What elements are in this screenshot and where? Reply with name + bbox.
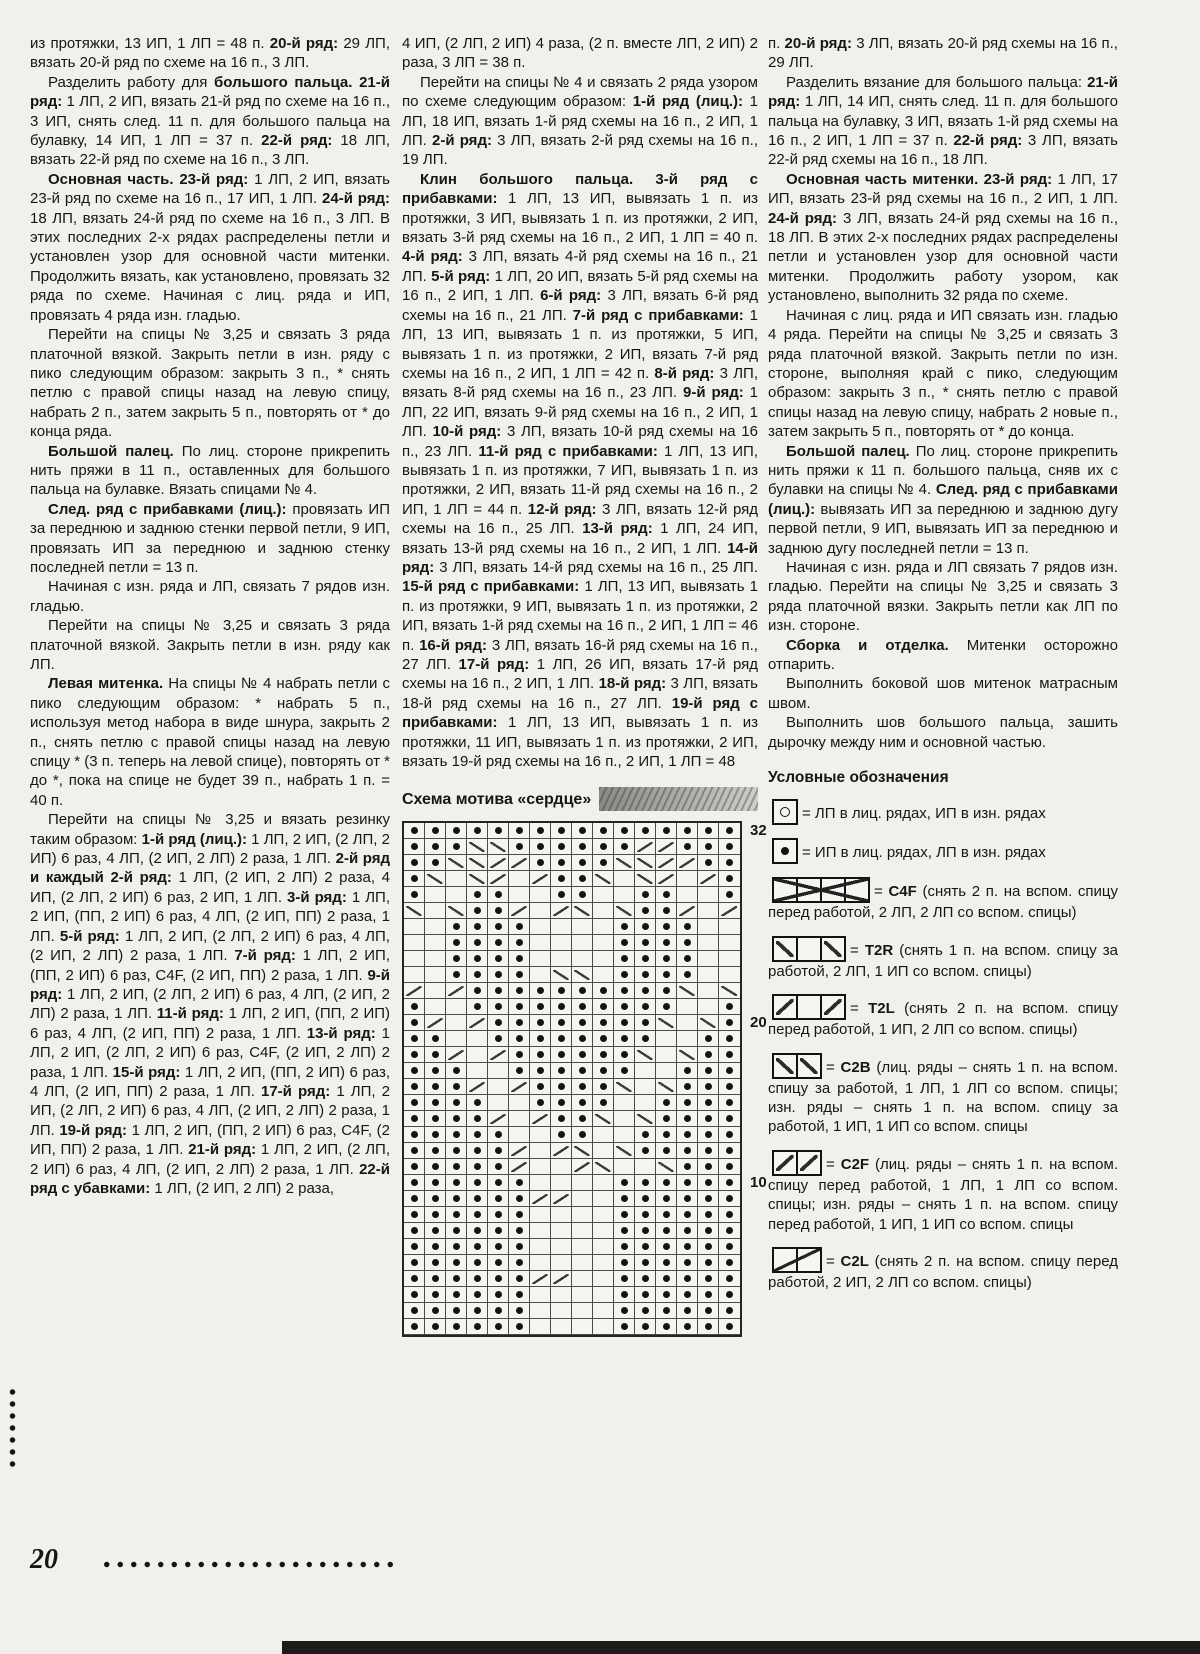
chart-cell <box>719 1079 740 1095</box>
chart-cell <box>698 1303 719 1319</box>
chart-cell <box>404 855 425 871</box>
chart-cell <box>677 1111 698 1127</box>
chart-cell <box>551 1319 572 1335</box>
chart-cell <box>698 919 719 935</box>
chart-cell <box>572 1015 593 1031</box>
chart-cell <box>446 1319 467 1335</box>
chart-cell <box>656 919 677 935</box>
chart-cell <box>593 839 614 855</box>
chart-cell <box>656 1143 677 1159</box>
chart-cell <box>719 1159 740 1175</box>
symbol-cell <box>844 877 870 903</box>
chart-cell <box>719 1015 740 1031</box>
chart-cell <box>551 1255 572 1271</box>
chart-cell <box>509 1303 530 1319</box>
chart-cell <box>614 967 635 983</box>
chart-cell <box>404 967 425 983</box>
chart-cell <box>635 983 656 999</box>
chart-cell <box>404 1175 425 1191</box>
chart-cell <box>467 1047 488 1063</box>
text-column-right: п. 20-й ряд: 3 ЛП, вязать 20-й ряд схемы… <box>768 34 1118 1306</box>
paragraph: Основная часть митенки. 23-й ряд: 1 ЛП, … <box>768 170 1118 306</box>
chart-cell <box>551 1143 572 1159</box>
chart-cell <box>551 967 572 983</box>
chart-cell <box>593 1095 614 1111</box>
chart-cell <box>698 1287 719 1303</box>
chart-cell <box>509 823 530 839</box>
chart-cell <box>425 935 446 951</box>
chart-cell <box>446 1223 467 1239</box>
chart-cell <box>530 919 551 935</box>
chart-cell <box>656 839 677 855</box>
chart-cell <box>509 951 530 967</box>
symbol-cell <box>796 994 822 1020</box>
chart-cell <box>572 935 593 951</box>
legend-item: = C2F (лиц. ряды – снять 1 п. на вспом. … <box>768 1150 1118 1234</box>
chart-cell <box>719 1223 740 1239</box>
page-number: 20 <box>30 1544 58 1576</box>
chart-cell <box>719 983 740 999</box>
chart-cell <box>446 967 467 983</box>
chart-cell <box>425 1095 446 1111</box>
chart-cell <box>509 903 530 919</box>
chart-cell <box>404 1207 425 1223</box>
symbol-cell <box>796 1150 822 1176</box>
chart-cell <box>509 1047 530 1063</box>
chart-cell <box>698 1255 719 1271</box>
chart-cell <box>635 1031 656 1047</box>
chart-cell <box>551 1223 572 1239</box>
chart-cell <box>551 1159 572 1175</box>
chart-cell <box>614 919 635 935</box>
chart-cell <box>446 871 467 887</box>
chart-cell <box>698 1047 719 1063</box>
chart-cell <box>635 1111 656 1127</box>
chart-cell <box>614 1127 635 1143</box>
chart-cell <box>572 887 593 903</box>
chart-cell <box>530 967 551 983</box>
legend-item: = T2R (снять 1 п. на вспом. спицу за раб… <box>768 936 1118 981</box>
chart-cell <box>509 999 530 1015</box>
chart-cell <box>677 1127 698 1143</box>
chart-cell <box>614 1079 635 1095</box>
chart-cell <box>698 839 719 855</box>
chart-cell <box>488 1303 509 1319</box>
chart-cell <box>656 1079 677 1095</box>
chart-cell <box>635 1207 656 1223</box>
paragraph: Разделить работу для большого пальца. 21… <box>30 73 390 170</box>
chart-cell <box>446 1255 467 1271</box>
chart-cell <box>551 1047 572 1063</box>
chart-cell <box>677 1015 698 1031</box>
chart-cell <box>698 887 719 903</box>
magazine-page: из протяжки, 13 ИП, 1 ЛП = 48 п. 20-й ря… <box>0 0 1200 1654</box>
chart-cell <box>446 1079 467 1095</box>
chart-cell <box>614 855 635 871</box>
legend-item: = C2L (снять 2 п. на вспом. спицу перед … <box>768 1247 1118 1292</box>
chart-cell <box>488 1063 509 1079</box>
chart-cell <box>467 1271 488 1287</box>
chart-cell <box>719 1239 740 1255</box>
symbol-cell <box>772 1247 798 1273</box>
chart-cell <box>467 1223 488 1239</box>
chart-cell <box>425 1207 446 1223</box>
chart-cell <box>635 967 656 983</box>
chart-cell <box>719 1255 740 1271</box>
chart-cell <box>509 935 530 951</box>
chart-cell <box>404 1159 425 1175</box>
chart-cell <box>593 903 614 919</box>
chart-cell <box>425 823 446 839</box>
chart-cell <box>425 1303 446 1319</box>
chart-cell <box>404 1063 425 1079</box>
chart-cell <box>593 1111 614 1127</box>
chart-cell <box>572 839 593 855</box>
symbol-cell <box>796 877 822 903</box>
chart-cell <box>425 1287 446 1303</box>
chart-cell <box>467 887 488 903</box>
chart-cell <box>677 1287 698 1303</box>
chart-cell <box>530 935 551 951</box>
chart-cell <box>530 1031 551 1047</box>
chart-cell <box>677 951 698 967</box>
chart-cell <box>404 1031 425 1047</box>
chart-cell <box>572 1047 593 1063</box>
chart-cell <box>404 1047 425 1063</box>
chart-cell <box>656 951 677 967</box>
chart-heading-row: Схема мотива «сердце» <box>402 787 758 811</box>
chart-cell <box>404 1255 425 1271</box>
chart-cell <box>656 903 677 919</box>
chart-cell <box>488 935 509 951</box>
chart-cell <box>656 999 677 1015</box>
chart-cell <box>404 871 425 887</box>
chart-cell <box>488 1271 509 1287</box>
chart-cell <box>551 823 572 839</box>
chart-cell <box>719 1191 740 1207</box>
chart-cell <box>551 1303 572 1319</box>
knit-stitch-icon <box>772 799 798 825</box>
chart-cell <box>488 1127 509 1143</box>
chart-cell <box>467 951 488 967</box>
chart-cell <box>551 1127 572 1143</box>
chart-cell <box>614 1223 635 1239</box>
chart-cell <box>635 871 656 887</box>
chart-cell <box>404 951 425 967</box>
chart-cell <box>572 871 593 887</box>
chart-cell <box>719 951 740 967</box>
chart-cell <box>446 855 467 871</box>
chart-cell <box>572 1143 593 1159</box>
chart-cell <box>677 1031 698 1047</box>
chart-cell <box>467 967 488 983</box>
chart-cell <box>509 1287 530 1303</box>
chart-cell <box>593 1031 614 1047</box>
chart-cell <box>593 823 614 839</box>
chart-cell <box>425 951 446 967</box>
symbol-cell <box>772 936 798 962</box>
chart-cell <box>404 1079 425 1095</box>
chart-cell <box>593 1175 614 1191</box>
chart-cell <box>551 1111 572 1127</box>
chart-cell <box>446 1127 467 1143</box>
chart-cell <box>551 903 572 919</box>
chart-cell <box>425 1319 446 1335</box>
chart-cell <box>509 1191 530 1207</box>
paragraph: Начиная с лиц. ряда и ИП связать изн. гл… <box>768 306 1118 442</box>
chart-cell <box>614 1159 635 1175</box>
chart-cell <box>614 1303 635 1319</box>
chart-cell <box>425 967 446 983</box>
chart-cell <box>551 839 572 855</box>
chart-cell <box>635 1255 656 1271</box>
chart-cell <box>530 839 551 855</box>
chart-cell <box>446 823 467 839</box>
chart-cell <box>698 1207 719 1223</box>
chart-cell <box>488 1191 509 1207</box>
chart-cell <box>593 999 614 1015</box>
chart-cell <box>488 951 509 967</box>
chart-cell <box>677 1079 698 1095</box>
chart-cell <box>719 1175 740 1191</box>
chart-cell <box>614 1239 635 1255</box>
chart-cell <box>635 1287 656 1303</box>
chart-cell <box>446 903 467 919</box>
chart-cell <box>467 1063 488 1079</box>
chart-cell <box>698 871 719 887</box>
chart-cell <box>614 1111 635 1127</box>
chart-cell <box>593 1319 614 1335</box>
chart-cell <box>530 823 551 839</box>
chart-cell <box>467 903 488 919</box>
chart-cell <box>551 1079 572 1095</box>
chart-cell <box>488 1143 509 1159</box>
knitting-chart: 322010 <box>402 821 758 1337</box>
chart-cell <box>593 1047 614 1063</box>
chart-cell <box>614 1031 635 1047</box>
chart-cell <box>488 1031 509 1047</box>
chart-cell <box>593 1015 614 1031</box>
legend-item: = C4F (снять 2 п. на вспом. спицу перед … <box>768 877 1118 922</box>
chart-cell <box>551 983 572 999</box>
chart-cell <box>698 999 719 1015</box>
chart-cell <box>593 935 614 951</box>
chart-cell <box>572 1191 593 1207</box>
chart-cell <box>446 983 467 999</box>
paragraph: Большой палец. По лиц. стороне прикрепит… <box>768 442 1118 558</box>
chart-cell <box>446 1015 467 1031</box>
chart-cell <box>719 967 740 983</box>
chart-cell <box>719 1127 740 1143</box>
paragraph: Перейти на спицы № 4 и связать 2 ряда уз… <box>402 73 758 170</box>
chart-cell <box>446 1207 467 1223</box>
chart-cell <box>635 1175 656 1191</box>
chart-cell <box>530 1127 551 1143</box>
chart-cell <box>404 887 425 903</box>
chart-cell <box>488 823 509 839</box>
chart-cell <box>635 887 656 903</box>
chart-cell <box>467 839 488 855</box>
chart-cell <box>488 1319 509 1335</box>
chart-cell <box>509 1079 530 1095</box>
chart-cell <box>593 1079 614 1095</box>
paragraph: Сборка и отделка. Митенки осторожно отпа… <box>768 636 1118 675</box>
chart-cell <box>509 967 530 983</box>
chart-cell <box>425 1079 446 1095</box>
chart-cell <box>530 1191 551 1207</box>
legend-item: = C2B (лиц. ряды – снять 1 п. на вспом. … <box>768 1053 1118 1137</box>
chart-cell <box>677 887 698 903</box>
chart-cell <box>425 1031 446 1047</box>
chart-cell <box>467 1207 488 1223</box>
chart-cell <box>635 1127 656 1143</box>
chart-cell <box>593 951 614 967</box>
chart-grid <box>402 821 742 1337</box>
chart-cell <box>509 1319 530 1335</box>
chart-cell <box>677 1063 698 1079</box>
legend-item: = ЛП в лиц. рядах, ИП в изн. рядах <box>768 799 1118 825</box>
chart-cell <box>446 1031 467 1047</box>
chart-cell <box>698 1015 719 1031</box>
chart-cell <box>677 903 698 919</box>
chart-cell <box>656 1239 677 1255</box>
chart-cell <box>425 1015 446 1031</box>
legend-item: = ИП в лиц. рядах, ЛП в изн. рядах <box>768 838 1118 864</box>
chart-cell <box>551 1063 572 1079</box>
chart-cell <box>572 1063 593 1079</box>
chart-cell <box>593 919 614 935</box>
chart-cell <box>635 1047 656 1063</box>
chart-cell <box>719 839 740 855</box>
chart-cell <box>446 951 467 967</box>
t2r-cable-icon <box>772 936 846 962</box>
legend-item-text: = ИП в лиц. рядах, ЛП в изн. рядах <box>802 844 1046 861</box>
chart-cell <box>425 1175 446 1191</box>
chart-cell <box>530 1223 551 1239</box>
chart-cell <box>635 1063 656 1079</box>
chart-cell <box>635 935 656 951</box>
chart-cell <box>530 951 551 967</box>
chart-cell <box>446 1047 467 1063</box>
chart-cell <box>551 1207 572 1223</box>
chart-cell <box>467 1319 488 1335</box>
chart-cell <box>488 903 509 919</box>
chart-cell <box>677 1207 698 1223</box>
chart-cell <box>488 839 509 855</box>
chart-cell <box>614 903 635 919</box>
chart-cell <box>656 823 677 839</box>
chart-cell <box>656 1095 677 1111</box>
chart-cell <box>635 855 656 871</box>
chart-cell <box>593 871 614 887</box>
chart-cell <box>677 855 698 871</box>
chart-cell <box>614 1319 635 1335</box>
symbol-cell <box>796 936 822 962</box>
chart-cell <box>656 967 677 983</box>
chart-cell <box>719 871 740 887</box>
chart-cell <box>509 1271 530 1287</box>
chart-cell <box>656 1015 677 1031</box>
chart-cell <box>446 1239 467 1255</box>
chart-cell <box>509 1175 530 1191</box>
chart-cell <box>446 1303 467 1319</box>
chart-cell <box>698 1319 719 1335</box>
chart-cell <box>593 1127 614 1143</box>
chart-cell <box>551 1095 572 1111</box>
chart-cell <box>656 1207 677 1223</box>
chart-cell <box>488 1239 509 1255</box>
text-column-left: из протяжки, 13 ИП, 1 ЛП = 48 п. 20-й ря… <box>30 34 390 1198</box>
chart-cell <box>635 1303 656 1319</box>
symbol-cell <box>820 994 846 1020</box>
chart-cell <box>698 1191 719 1207</box>
chart-cell <box>698 1239 719 1255</box>
chart-cell <box>698 1271 719 1287</box>
chart-cell <box>446 1063 467 1079</box>
footer-dot-separator <box>100 1560 400 1569</box>
chart-cell <box>614 951 635 967</box>
chart-cell <box>446 887 467 903</box>
chart-cell <box>698 1095 719 1111</box>
chart-cell <box>698 1223 719 1239</box>
chart-cell <box>530 1207 551 1223</box>
chart-cell <box>593 1159 614 1175</box>
chart-cell <box>530 903 551 919</box>
chart-cell <box>551 1191 572 1207</box>
paragraph: п. 20-й ряд: 3 ЛП, вязать 20-й ряд схемы… <box>768 34 1118 73</box>
chart-cell <box>593 967 614 983</box>
chart-cell <box>572 823 593 839</box>
chart-cell <box>593 983 614 999</box>
chart-cell <box>488 1223 509 1239</box>
chart-cell <box>530 1063 551 1079</box>
chart-cell <box>614 1175 635 1191</box>
chart-cell <box>593 1143 614 1159</box>
chart-row-label: 10 <box>750 1173 767 1192</box>
chart-cell <box>467 855 488 871</box>
chart-cell <box>467 1239 488 1255</box>
chart-cell <box>551 951 572 967</box>
chart-cell <box>488 1207 509 1223</box>
paragraph: Перейти на спицы № 3,25 и связать 3 ряда… <box>30 616 390 674</box>
chart-cell <box>656 1319 677 1335</box>
paragraph: Выполнить шов большого пальца, зашить ды… <box>768 713 1118 752</box>
chart-cell <box>530 1255 551 1271</box>
chart-cell <box>530 999 551 1015</box>
chart-cell <box>446 1143 467 1159</box>
chart-cell <box>572 1111 593 1127</box>
chart-cell <box>425 1047 446 1063</box>
chart-cell <box>719 1031 740 1047</box>
chart-cell <box>551 999 572 1015</box>
chart-cell <box>677 983 698 999</box>
chart-cell <box>446 935 467 951</box>
chart-cell <box>467 1191 488 1207</box>
chart-cell <box>467 1095 488 1111</box>
chart-cell <box>404 1143 425 1159</box>
chart-cell <box>404 1319 425 1335</box>
chart-cell <box>572 1255 593 1271</box>
chart-cell <box>719 935 740 951</box>
chart-cell <box>425 1271 446 1287</box>
chart-cell <box>551 1015 572 1031</box>
chart-cell <box>530 1015 551 1031</box>
chart-cell <box>446 839 467 855</box>
chart-cell <box>425 1063 446 1079</box>
chart-cell <box>509 1239 530 1255</box>
purl-stitch-icon <box>772 838 798 864</box>
chart-cell <box>404 839 425 855</box>
